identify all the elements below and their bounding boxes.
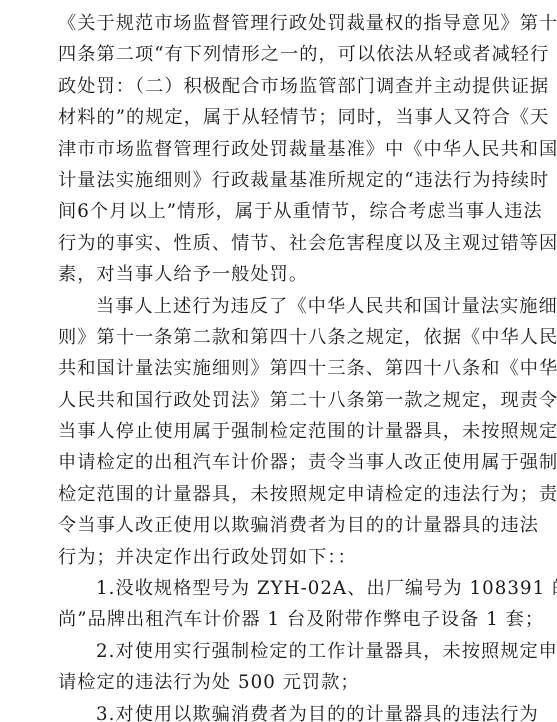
text-line: 则》第十一条第二款和第四十八条之规定，依据《中华人民 xyxy=(58,322,498,353)
paragraph-mitigating-aggravating-circumstances: 《关于规范市场监督管理行政处罚裁量权的指导意见》第十 四条第二项“有下列情形之一… xyxy=(58,8,498,291)
text-line: 间6个月以上”情形，属于从重情节，综合考虑当事人违法 xyxy=(58,196,498,227)
text-line: 计量法实施细则》行政裁量基准所规定的“违法行为持续时 xyxy=(58,165,498,196)
text-line: 人民共和国行政处罚法》第二十八条第一款之规定，现责令 xyxy=(58,385,498,416)
text-line: 政处罚：（二）积极配合市场监管部门调查并主动提供证据 xyxy=(58,71,498,102)
text-line: 四条第二项“有下列情形之一的，可以依法从轻或者减轻行 xyxy=(58,39,498,70)
text-line: 素，对当事人给予一般处罚。 xyxy=(58,259,498,290)
text-line: 尚”品牌出租汽车计价器 1 台及附带作弊电子设备 1 套； xyxy=(58,604,498,635)
text-line: 行为的事实、性质、情节、社会危害程度以及主观过错等因 xyxy=(58,228,498,259)
text-line: 行为；并决定作出行政处罚如下：： xyxy=(58,542,498,573)
paragraph-legal-basis-and-orders: 当事人上述行为违反了《中华人民共和国计量法实施细 则》第十一条第二款和第四十八条… xyxy=(58,291,498,574)
document-page: 《关于规范市场监督管理行政处罚裁量权的指导意见》第十 四条第二项“有下列情形之一… xyxy=(58,8,498,722)
text-line: 津市市场监督管理行政处罚裁量基准》中《中华人民共和国 xyxy=(58,134,498,165)
text-line: 材料的”的规定，属于从轻情节；同时，当事人又符合《天 xyxy=(58,102,498,133)
text-line: 2.对使用实行强制检定的工作计量器具，未按照规定申 xyxy=(58,636,498,667)
text-line: 3.对使用以欺骗消费者为目的的计量器具的违法行为 xyxy=(58,699,498,722)
text-line: 当事人上述行为违反了《中华人民共和国计量法实施细 xyxy=(58,291,498,322)
text-line: 当事人停止使用属于强制检定范围的计量器具，未按照规定 xyxy=(58,416,498,447)
text-line: 检定范围的计量器具，未按照规定申请检定的违法行为；责 xyxy=(58,479,498,510)
penalty-item-3: 3.对使用以欺骗消费者为目的的计量器具的违法行为 xyxy=(58,699,498,722)
penalty-item-1-confiscation: 1.没收规格型号为 ZYH-02A、出厂编号为 108391 的“正 尚”品牌出… xyxy=(58,573,498,636)
text-line: 令当事人改正使用以欺骗消费者为目的的计量器具的违法 xyxy=(58,510,498,541)
text-line: 申请检定的出租汽车计价器；责令当事人改正使用属于强制 xyxy=(58,447,498,478)
text-line: 请检定的违法行为处 500 元罚款； xyxy=(58,667,498,698)
text-line: 1.没收规格型号为 ZYH-02A、出厂编号为 108391 的“正 xyxy=(58,573,498,604)
penalty-item-2-fine: 2.对使用实行强制检定的工作计量器具，未按照规定申 请检定的违法行为处 500 … xyxy=(58,636,498,699)
text-line: 《关于规范市场监督管理行政处罚裁量权的指导意见》第十 xyxy=(58,8,498,39)
text-line: 共和国计量法实施细则》第四十三条、第四十八条和《中华 xyxy=(58,353,498,384)
